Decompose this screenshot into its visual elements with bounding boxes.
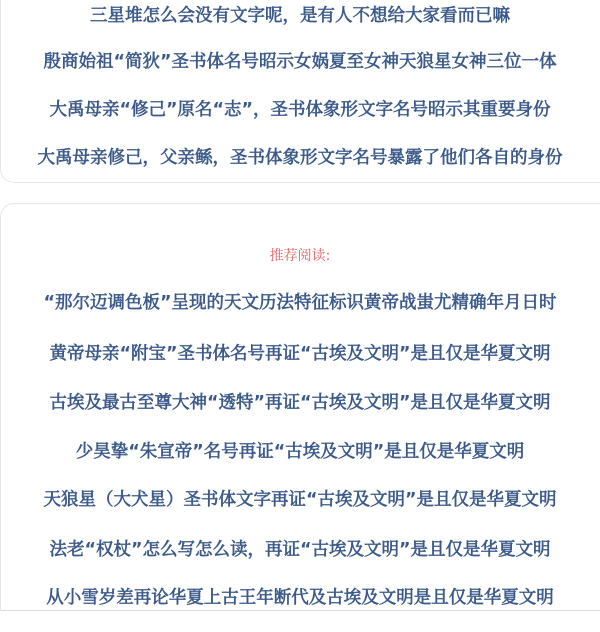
page: 三星堆怎么会没有文字呢，是有人不想给大家看而已嘛 殷商始祖“简狄”圣书体名号昭示… [0, 0, 600, 632]
recommended-reading-heading: 推荐阅读: [0, 246, 600, 266]
recommended-article-link[interactable]: 法老“权杖”怎么写怎么读，再证“古埃及文明”是且仅是华夏文明 [0, 538, 600, 562]
recommended-article-link[interactable]: 古埃及最古至尊大神“透特”再证“古埃及文明”是且仅是华夏文明 [0, 391, 600, 415]
recommended-article-link[interactable]: 从小雪岁差再论华夏上古王年断代及古埃及文明是且仅是华夏文明 [0, 586, 600, 610]
recommended-article-link[interactable]: 黄帝母亲“附宝”圣书体名号再证“古埃及文明”是且仅是华夏文明 [0, 342, 600, 366]
recommended-article-link[interactable]: 天狼星（大犬星）圣书体文字再证“古埃及文明”是且仅是华夏文明 [0, 488, 600, 512]
related-article-link[interactable]: 三星堆怎么会没有文字呢，是有人不想给大家看而已嘛 [0, 4, 600, 28]
related-article-link[interactable]: 大禹母亲修己，父亲鲧，圣书体象形文字名号暴露了他们各自的身份 [0, 146, 600, 170]
related-article-link[interactable]: 大禹母亲“修己”原名“志”，圣书体象形文字名号昭示其重要身份 [0, 98, 600, 122]
recommended-article-link[interactable]: 少昊挚“朱宣帝”名号再证“古埃及文明”是且仅是华夏文明 [0, 440, 600, 464]
related-article-link[interactable]: 殷商始祖“简狄”圣书体名号昭示女娲夏至女神天狼星女神三位一体 [0, 50, 600, 74]
recommended-article-link[interactable]: “那尔迈调色板”呈现的天文历法特征标识黄帝战蚩尤精确年月日时 [0, 291, 600, 315]
